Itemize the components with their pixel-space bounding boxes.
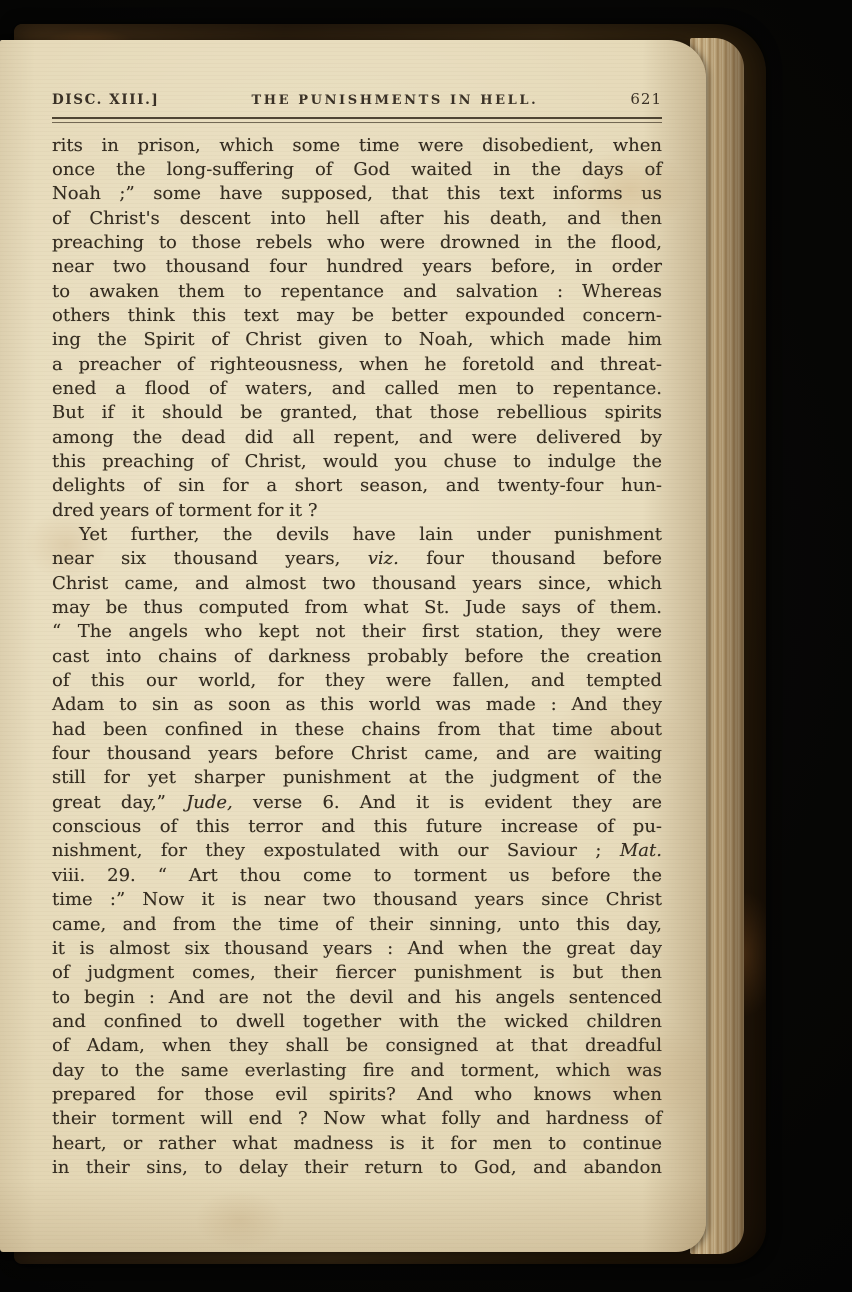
text-line: preaching to those rebels who were drown… — [52, 231, 662, 255]
text-line: ened a flood of waters, and called men t… — [52, 377, 662, 401]
text-line: it is almost six thousand years : And wh… — [52, 937, 662, 961]
header-section-label: DISC. XIII.] — [52, 92, 159, 108]
text-segment: preaching to those rebels who were drown… — [52, 232, 662, 253]
text-segment: cast into chains of darkness probably be… — [52, 646, 662, 667]
page-body: rits in prison, which some time were dis… — [52, 134, 662, 1181]
header-double-rule — [52, 117, 662, 123]
text-line: “ The angels who kept not their first st… — [52, 620, 662, 644]
text-segment: Noah ;” some have supposed, that this te… — [52, 183, 662, 204]
text-line: four thousand years before Christ came, … — [52, 742, 662, 766]
text-segment: came, and from the time of their sinning… — [52, 914, 662, 935]
text-segment: viii. 29. “ Art thou come to torment us … — [52, 865, 662, 886]
text-line: near two thousand four hundred years bef… — [52, 255, 662, 279]
book-page: DISC. XIII.] THE PUNISHMENTS IN HELL. 62… — [0, 40, 706, 1252]
text-line: this preaching of Christ, would you chus… — [52, 450, 662, 474]
text-segment: of Christ's descent into hell after his … — [52, 208, 662, 229]
text-segment: verse 6. And it is evident they are — [233, 792, 662, 813]
text-segment: Christ came, and almost two thousand yea… — [52, 573, 662, 594]
text-segment: conscious of this terror and this future… — [52, 816, 662, 837]
text-segment: near six thousand years, — [52, 548, 368, 569]
text-line: still for yet sharper punishment at the … — [52, 766, 662, 790]
text-segment: to awaken them to repentance and salvati… — [52, 281, 662, 302]
text-segment: prepared for those evil spirits? And who… — [52, 1084, 662, 1105]
text-segment: and confined to dwell together with the … — [52, 1011, 662, 1032]
text-segment: may be thus computed from what St. Jude … — [52, 597, 662, 618]
text-line: others think this text may be better exp… — [52, 304, 662, 328]
text-segment: a preacher of righteousness, when he for… — [52, 354, 662, 375]
text-line: may be thus computed from what St. Jude … — [52, 596, 662, 620]
text-segment: had been confined in these chains from t… — [52, 719, 662, 740]
text-segment: great day,” — [52, 792, 186, 813]
text-segment: “ The angels who kept not their first st… — [52, 621, 662, 642]
text-line: among the dead did all repent, and were … — [52, 426, 662, 450]
text-segment: to begin : And are not the devil and his… — [52, 987, 662, 1008]
text-segment: delights of sin for a short season, and … — [52, 475, 662, 496]
text-segment: of this our world, for they were fallen,… — [52, 670, 662, 691]
text-segment: still for yet sharper punishment at the … — [52, 767, 662, 788]
text-segment: four thousand years before Christ came, … — [52, 743, 662, 764]
text-line: viii. 29. “ Art thou come to torment us … — [52, 864, 662, 888]
text-segment: dred years of torment for it ? — [52, 500, 318, 521]
text-line: and confined to dwell together with the … — [52, 1010, 662, 1034]
header-running-title: THE PUNISHMENTS IN HELL. — [159, 93, 630, 108]
text-segment: of Adam, when they shall be consigned at… — [52, 1035, 662, 1056]
text-line: Adam to sin as soon as this world was ma… — [52, 693, 662, 717]
text-line: rits in prison, which some time were dis… — [52, 134, 662, 158]
text-segment: But if it should be granted, that those … — [52, 402, 662, 423]
text-line: cast into chains of darkness probably be… — [52, 645, 662, 669]
text-line: conscious of this terror and this future… — [52, 815, 662, 839]
text-segment: once the long-suffering of God waited in… — [52, 159, 662, 180]
text-line: dred years of torment for it ? — [52, 499, 662, 523]
text-segment: others think this text may be better exp… — [52, 305, 662, 326]
text-line: to awaken them to repentance and salvati… — [52, 280, 662, 304]
text-segment: it is almost six thousand years : And wh… — [52, 938, 662, 959]
text-segment: their torment will end ? Now what folly … — [52, 1108, 662, 1129]
text-line: their torment will end ? Now what folly … — [52, 1107, 662, 1131]
text-segment: of judgment comes, their fiercer punishm… — [52, 962, 662, 983]
text-line: once the long-suffering of God waited in… — [52, 158, 662, 182]
text-line: time :” Now it is near two thousand year… — [52, 888, 662, 912]
text-line: nishment, for they expostulated with our… — [52, 839, 662, 863]
text-line: Yet further, the devils have lain under … — [52, 523, 662, 547]
text-line: delights of sin for a short season, and … — [52, 474, 662, 498]
text-segment: among the dead did all repent, and were … — [52, 427, 662, 448]
text-line: Christ came, and almost two thousand yea… — [52, 572, 662, 596]
page-header: DISC. XIII.] THE PUNISHMENTS IN HELL. 62… — [52, 90, 662, 108]
text-segment: four thousand before — [399, 548, 662, 569]
text-segment: nishment, for they expostulated with our… — [52, 840, 620, 861]
photo-background: DISC. XIII.] THE PUNISHMENTS IN HELL. 62… — [0, 0, 852, 1292]
italic-text-segment: Jude, — [186, 792, 233, 813]
text-segment: Yet further, the devils have lain under … — [79, 524, 662, 545]
text-segment: Adam to sin as soon as this world was ma… — [52, 694, 662, 715]
text-line: had been confined in these chains from t… — [52, 718, 662, 742]
text-line: to begin : And are not the devil and his… — [52, 986, 662, 1010]
text-line: of judgment comes, their fiercer punishm… — [52, 961, 662, 985]
text-line: in their sins, to delay their return to … — [52, 1156, 662, 1180]
text-segment: near two thousand four hundred years bef… — [52, 256, 662, 277]
page-content: DISC. XIII.] THE PUNISHMENTS IN HELL. 62… — [0, 40, 706, 1252]
italic-text-segment: Mat. — [620, 840, 662, 861]
text-segment: heart, or rather what madness is it for … — [52, 1133, 662, 1154]
text-segment: ing the Spirit of Christ given to Noah, … — [52, 329, 662, 350]
text-line: came, and from the time of their sinning… — [52, 913, 662, 937]
text-line: day to the same everlasting fire and tor… — [52, 1059, 662, 1083]
text-line: of Adam, when they shall be consigned at… — [52, 1034, 662, 1058]
text-segment: this preaching of Christ, would you chus… — [52, 451, 662, 472]
header-page-number: 621 — [630, 90, 662, 108]
text-line: But if it should be granted, that those … — [52, 401, 662, 425]
text-segment: rits in prison, which some time were dis… — [52, 135, 662, 156]
text-line: great day,” Jude, verse 6. And it is evi… — [52, 791, 662, 815]
text-line: near six thousand years, viz. four thous… — [52, 547, 662, 571]
text-line: heart, or rather what madness is it for … — [52, 1132, 662, 1156]
italic-text-segment: viz. — [368, 548, 399, 569]
text-line: Noah ;” some have supposed, that this te… — [52, 182, 662, 206]
text-line: a preacher of righteousness, when he for… — [52, 353, 662, 377]
text-line: of Christ's descent into hell after his … — [52, 207, 662, 231]
text-line: of this our world, for they were fallen,… — [52, 669, 662, 693]
text-segment: ened a flood of waters, and called men t… — [52, 378, 662, 399]
text-line: prepared for those evil spirits? And who… — [52, 1083, 662, 1107]
text-segment: time :” Now it is near two thousand year… — [52, 889, 662, 910]
text-line: ing the Spirit of Christ given to Noah, … — [52, 328, 662, 352]
text-segment: in their sins, to delay their return to … — [52, 1157, 662, 1178]
text-segment: day to the same everlasting fire and tor… — [52, 1060, 662, 1081]
